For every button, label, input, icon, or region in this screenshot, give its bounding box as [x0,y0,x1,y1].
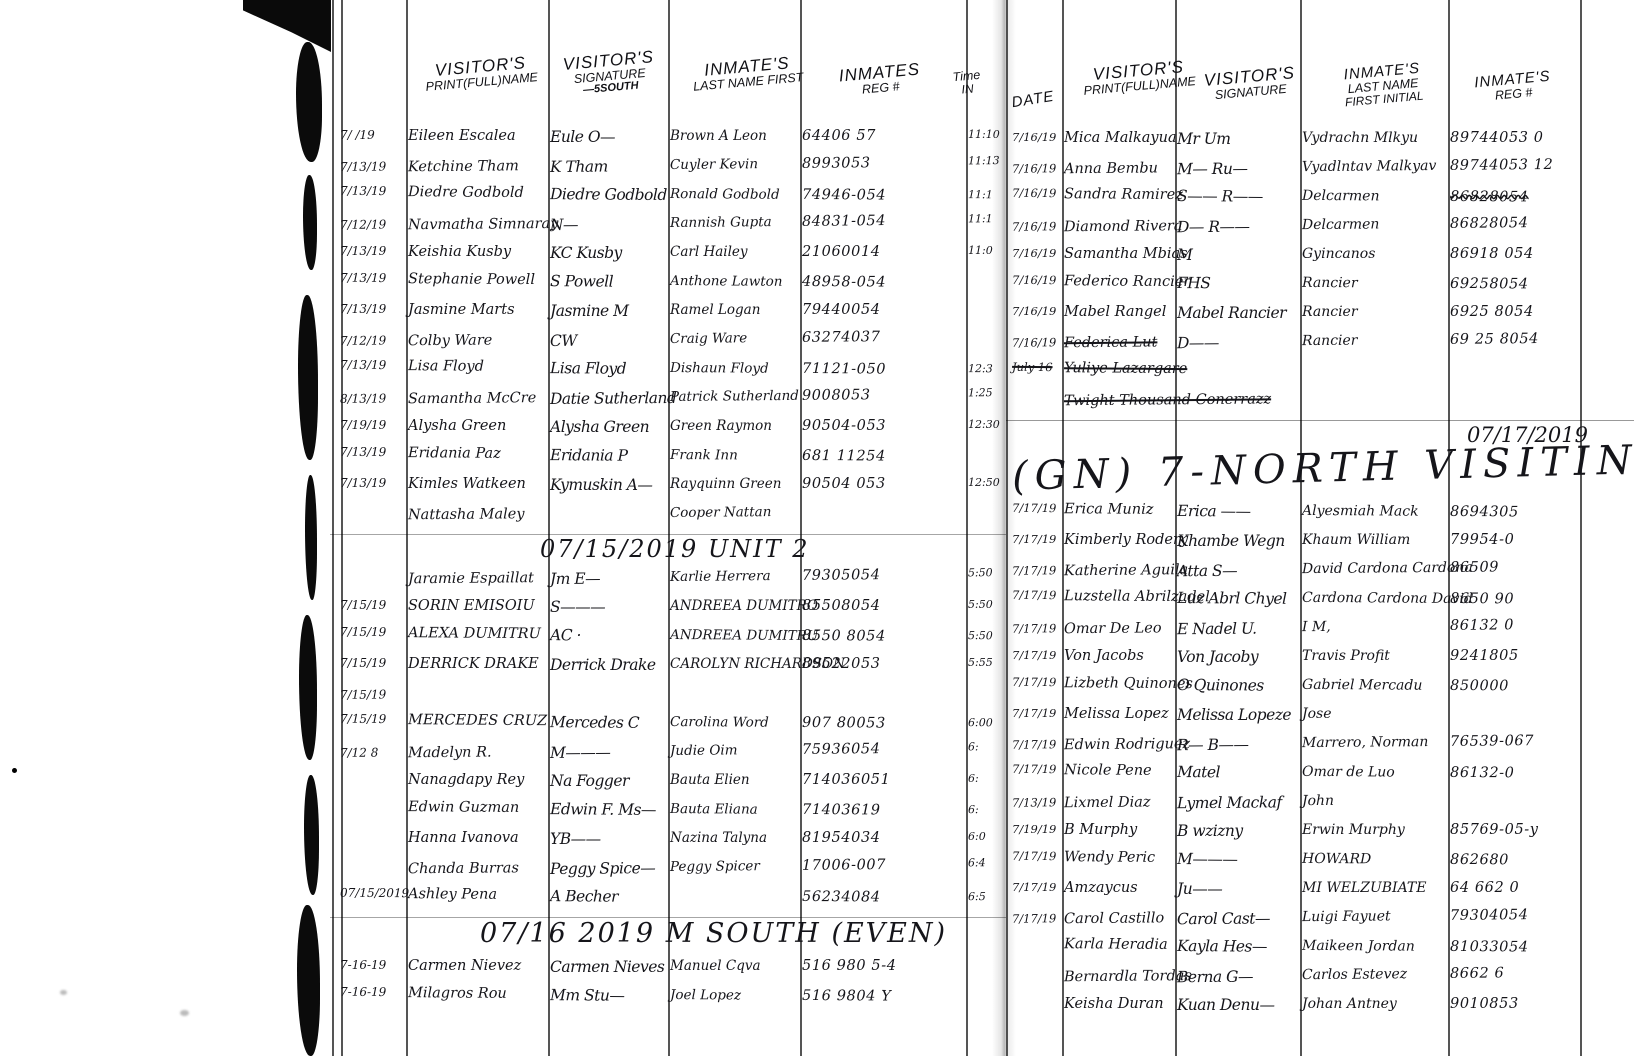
inmate-name-cell: Gabriel Mercadu [1300,677,1448,694]
date-cell [330,571,406,573]
inmate-name-cell: Rannish Gupta [668,214,800,231]
signature-cell: D— R—— [1175,217,1300,236]
visitor-name-cell: Diedre Godbold [406,184,548,202]
visitor-name-cell: Colby Ware [406,332,548,350]
signature-cell: E Nadel U. [1175,619,1300,638]
date-cell: 7/12 8 [330,745,406,760]
visitor-name-cell: Madelyn R. [406,744,548,762]
log-row: 7/13/19Keishia KusbyKC KusbyCarl Hailey2… [330,244,1006,273]
date-cell: 7/17/19 [1006,880,1062,894]
header-reg-number: INMATES REG # [824,59,936,99]
log-row: 7/17/19Erica MunizErica ——Alyesmiah Mack… [1006,501,1634,534]
inmate-name-cell [668,888,800,890]
inmate-name-cell: Ronald Godbold [668,186,800,203]
visitor-name-cell: Bernardla Tordas [1062,968,1175,986]
header-visitor-signature: VISITOR'S SIGNATURE —5SOUTH [540,46,678,100]
section-divider: 07/15/2019 UNIT 2 [330,534,1006,569]
reg-number-cell: 79305054 [800,566,966,584]
log-row: 7/17/19AmzaycusJu——MI WELZUBIATE64 662 0 [1006,880,1634,909]
visitor-name-cell: Yuliye Lazargare [1062,360,1175,378]
signature-cell: A Becher [548,887,668,906]
scan-speck [60,990,67,995]
visitor-name-cell: Diamond Rivera [1062,218,1175,236]
inmate-name-cell: Peggy Spicer [668,858,800,875]
reg-number-cell: 64406 57 [800,128,966,145]
date-cell: 7/16/19 [1006,335,1062,349]
time-cell [966,989,1006,990]
log-row: 7/15/19SORIN EMISOIUS———ANDREEA DUMITRO8… [330,598,1006,627]
scan-corner-artifact [243,0,331,52]
reg-number-cell: 8662 6 [1448,965,1580,983]
date-cell [330,507,406,509]
date-cell: 7-16-19 [330,958,406,972]
visitor-log-scan: VISITOR'S PRINT(FULL)NAME VISITOR'S SIGN… [0,0,1634,1056]
inmate-name-cell: Frank Inn [668,447,800,464]
section-divider: 07/16 2019 M SOUTH (EVEN) [330,917,1006,958]
log-row: 7/13/19Lixmel DiazLymel MackafJohn [1006,790,1634,824]
inmate-name-cell: Maikeen Jordan [1300,938,1448,955]
date-cell [1006,969,1062,970]
log-row: 7/13/19Jasmine MartsJasmine MRamel Logan… [330,302,1006,331]
reg-number-cell: 89522053 [800,656,966,673]
log-row: 7/16/19Samantha MbiasMGyincanos86918 054 [1006,246,1634,275]
visitor-name-cell: MERCEDES CRUZ [406,712,548,730]
reg-number-cell: 79440054 [800,302,966,319]
date-cell: 7/17/19 [1006,737,1062,751]
time-cell: 12:30 [966,418,1006,431]
signature-cell: Matel [1175,763,1300,782]
visitor-name-cell: DERRICK DRAKE [406,656,548,673]
signature-cell: Erica —— [1175,502,1300,521]
reg-number-cell: 63274037 [800,328,966,346]
reg-number-cell: 907 80053 [800,715,966,733]
visitor-name-cell: Milagros Rou [406,985,548,1003]
reg-number-cell: 8694305 [1448,504,1580,522]
signature-cell: S——— [548,598,668,616]
signature-cell: FHS [1175,274,1300,293]
signature-cell: Lymel Mackaf [1175,793,1300,812]
date-cell: 7/15/19 [330,625,406,640]
reg-number-cell: 79304054 [1448,907,1580,925]
signature-cell: Lisa Floyd [548,359,668,378]
visitor-name-cell: Luzstella Abrilzadel [1062,588,1175,606]
signature-cell: M——— [548,743,668,762]
log-row: Bernardla TordasBerna G—Carlos Estevez86… [1006,964,1634,998]
inmate-name-cell: MI WELZUBIATE [1300,880,1448,896]
visitor-name-cell: Eridania Paz [406,445,548,463]
left-page: VISITOR'S PRINT(FULL)NAME VISITOR'S SIGN… [330,0,1006,1056]
scan-edge-artifact [303,175,317,270]
log-row: 7/17/19Wendy PericM———HOWARD862680 [1006,849,1634,882]
visitor-name-cell: Edwin Rodriguez [1062,736,1175,754]
visitor-name-cell: Eileen Escalea [406,128,548,145]
date-cell: 7/15/19 [330,687,406,702]
scan-edge-artifact [304,775,319,895]
reg-number-cell: 85769-05-y [1448,822,1580,839]
signature-cell: Kayla Hes— [1175,937,1300,956]
scan-edge-artifact [299,615,317,760]
visitor-name-cell [406,686,548,688]
date-cell: 7/17/19 [1006,563,1062,577]
scan-edge-artifact [296,42,322,162]
inmate-name-cell: Marrero, Norman [1300,734,1448,752]
reg-number-cell: 86132-0 [1448,765,1580,783]
signature-cell: Eule O— [548,128,668,146]
visitor-name-cell: Katherine Aguila [1062,562,1175,580]
visitor-name-cell: Ashley Pena [406,886,548,904]
reg-number-cell [800,502,966,504]
time-cell: 11:1 [966,212,1006,225]
date-cell: 7/17/19 [1006,588,1062,602]
visitor-name-cell: Nicole Pene [1062,762,1175,780]
inmate-name-cell: Carl Hailey [668,244,800,260]
log-row: 7/13/19Eridania PazEridania PFrank Inn68… [330,445,1006,479]
signature-cell: AC · [548,626,668,645]
signature-cell: Eridania P [548,446,668,465]
reg-number-cell: 681 11254 [800,448,966,466]
visitor-name-cell: Keishia Kusby [406,244,548,261]
reg-number-cell: 516 980 5-4 [800,958,966,975]
signature-cell: Von Jacoby [1175,648,1300,666]
visitor-name-cell: SORIN EMISOIU [406,598,548,615]
log-row: 7/13/19Stephanie PowellS PowellAnthone L… [330,271,1006,305]
reg-number-cell: 75936054 [800,740,966,758]
reg-number-cell: 9241805 [1448,648,1580,665]
date-cell: 7/17/19 [1006,501,1062,515]
reg-number-cell: 79954-0 [1448,532,1580,549]
visitor-name-cell: Hanna Ivanova [406,830,548,847]
inmate-name-cell: Karlie Herrera [668,568,800,585]
visitor-name-cell: Federico Rancier [1062,273,1175,291]
log-row: 7/16/19Diamond RiveraD— R——Delcarmen8682… [1006,214,1634,248]
visitor-name-cell: Amzaycus [1062,880,1175,897]
log-row: Edwin GuzmanEdwin F. Ms—Bauta Eliana7140… [330,799,1006,833]
visitor-name-cell: Omar De Leo [1062,620,1175,638]
inmate-name-cell [1300,390,1448,392]
log-row: 7/15/19DERRICK DRAKEDerrick DrakeCAROLYN… [330,656,1006,685]
visitor-name-cell: Lizbeth Quinones [1062,675,1175,693]
reg-number-cell: 86918 054 [1448,246,1580,263]
reg-number-cell: 85508054 [800,598,966,615]
signature-cell [1175,361,1300,363]
signature-cell: Mm Stu— [548,986,668,1005]
reg-number-cell: 21060014 [800,244,966,261]
reg-number-cell: 81033054 [1448,939,1580,957]
visitor-name-cell: Alysha Green [406,418,548,435]
scan-edge-artifact [298,295,318,460]
reg-number-cell: 89744053 0 [1448,130,1580,147]
inmate-name-cell: Carolina Word [668,714,800,731]
date-cell: July 16 [1006,360,1062,374]
reg-number-cell: 9010853 [1448,996,1580,1013]
date-cell: 7/16/19 [1006,273,1062,287]
time-cell: 5:50 [966,566,1006,579]
signature-cell: Atta S— [1175,561,1300,580]
reg-number-cell: 64 662 0 [1448,880,1580,897]
reg-number-cell: 90504 053 [800,476,966,493]
scan-edge-artifact [297,905,320,1056]
date-cell [330,799,406,801]
visitor-name-cell: Samantha Mbias [1062,246,1175,263]
reg-number-cell: 8650 90 [1448,591,1580,609]
reg-number-cell: 48958-054 [800,274,966,292]
date-cell: 7/15/19 [330,712,406,727]
signature-cell: O Quinones [1175,676,1300,695]
time-cell: 6: [966,803,1006,816]
reg-number-cell: 90504-053 [800,418,966,435]
inmate-name-cell: Green Raymon [668,418,800,434]
reg-number-cell: 69258054 [1448,276,1580,294]
visitor-name-cell: Keisha Duran [1062,996,1175,1013]
inmate-name-cell: Nazina Talyna [668,830,800,846]
date-cell: 7/12/19 [330,333,406,348]
signature-cell: Jasmine M [548,302,668,320]
visitor-name-cell: Nanagdapy Rey [406,772,548,789]
reg-number-cell: 862680 [1448,852,1580,870]
right-page-rows: 7/16/19Mica MalkayuaMr UmVydrachn Mlkyu8… [1006,130,1634,1025]
inmate-name-cell: Judie Oim [668,742,800,759]
reg-number-cell: 86828054 [1448,215,1580,233]
reg-number-cell: 6925 8054 [1448,304,1580,321]
signature-cell: Mabel Rancier [1175,304,1300,322]
visitor-name-cell: Karla Heradia [1062,936,1175,954]
date-cell: 7/16/19 [1006,186,1062,200]
log-row: Nattasha MaleyCooper Nattan [330,502,1006,537]
visitor-name-cell: Edwin Guzman [406,799,548,817]
date-cell: 8/13/19 [330,391,406,406]
log-row: 7/17/19Von JacobsVon JacobyTravis Profit… [1006,648,1634,677]
reg-number-cell: 76539-067 [1448,733,1580,751]
reg-number-cell: 86132 0 [1448,617,1580,635]
date-cell: 7/17/19 [1006,849,1062,863]
date-cell: 7/17/19 [1006,911,1062,925]
visitor-name-cell: Carol Castillo [1062,910,1175,928]
visitor-name-cell: Nattasha Maley [406,506,548,524]
date-cell: 7/13/19 [330,302,406,316]
inmate-name-cell: Vydrachn Mlkyu [1300,130,1448,146]
reg-number-cell [1448,389,1580,391]
log-row: 7/12 8Madelyn R.M———Judie Oim759360546: [330,740,1006,775]
visitor-name-cell: Samantha McCre [406,390,548,408]
log-row: 7/17/19Melissa LopezMelissa LopezeJose [1006,706,1634,735]
visitor-name-cell: Wendy Peric [1062,849,1175,867]
inmate-name-cell [668,684,800,686]
inmate-name-cell: Ramel Logan [668,302,800,318]
date-cell: 7/17/19 [1006,675,1062,689]
reg-number-cell: 74946-054 [800,187,966,205]
inmate-name-cell: Craig Ware [668,330,800,347]
visitor-name-cell: Kimberly Rodery [1062,532,1175,549]
signature-cell: Na Fogger [548,772,668,790]
date-cell [330,861,406,863]
signature-cell: D—— [1175,333,1300,352]
log-row: 7/16/19Mica MalkayuaMr UmVydrachn Mlkyu8… [1006,130,1634,159]
reg-number-cell: 81954034 [800,830,966,847]
log-row: 7/13/19Kimles WatkeenKymuskin A—Rayquinn… [330,476,1006,505]
inmate-name-cell: Vyadlntav Malkyav [1300,158,1448,176]
signature-cell: S—— R—— [1175,187,1300,206]
time-cell: 6:00 [966,716,1006,729]
visitor-name-cell: B Murphy [1062,822,1175,839]
date-cell: 7/13/19 [330,184,406,199]
reg-number-cell: 714036051 [800,772,966,789]
signature-cell: Diedre Godbold [548,185,668,204]
log-row: 7/17/19Lizbeth QuinonesO QuinonesGabriel… [1006,675,1634,708]
time-cell [966,449,1006,450]
inmate-name-cell: David Cardona Cardona [1300,560,1448,578]
signature-cell: Edwin F. Ms— [548,800,668,819]
signature-cell: Alysha Green [548,418,668,436]
log-row: Jaramie EspaillatJm E—Karlie Herrera7930… [330,566,1006,601]
log-row: 7/17/19Omar De LeoE Nadel U.I M,86132 0 [1006,616,1634,650]
inmate-name-cell: I M, [1300,618,1448,636]
inmate-name-cell: Jose [1300,706,1448,722]
inmate-name-cell: Omar de Luo [1300,764,1448,781]
visitor-name-cell: Carmen Nievez [406,958,548,975]
log-row: 7/ /19Eileen EscaleaEule O—Brown A Leon6… [330,128,1006,157]
signature-cell: R— B—— [1175,735,1300,754]
inmate-name-cell: Luigi Fayuet [1300,908,1448,926]
time-cell [966,328,1006,329]
left-page-rows: 7/ /19Eileen EscaleaEule O—Brown A Leon6… [330,128,1006,1016]
inmate-name-cell: Delcarmen [1300,188,1448,205]
signature-cell: Luz Abrl Chyel [1175,589,1300,608]
signature-cell: Mercedes C [548,713,668,732]
inmate-name-cell: Alyesmiah Mack [1300,503,1448,520]
scan-speck [12,768,17,773]
date-cell: 7/16/19 [1006,130,1062,144]
date-cell: 7/17/19 [1006,621,1062,635]
signature-cell: M——— [1175,850,1300,869]
visitor-name-cell: Ketchine Tham [406,158,548,176]
time-cell: 5:50 [966,629,1006,642]
signature-cell: M— Ru— [1175,159,1300,178]
inmate-name-cell: Dishaun Floyd [668,360,800,377]
time-cell: 11:10 [966,128,1006,141]
signature-cell: Carmen Nieves [548,958,668,976]
reg-number-cell: 86509 [1448,559,1580,577]
date-cell: 7/13/19 [330,159,406,174]
inmate-name-cell: Delcarmen [1300,216,1448,234]
time-cell: 11:0 [966,244,1006,257]
reg-number-cell: 89744053 12 [1448,157,1580,175]
inmate-name-cell: ANDREEA DUMITRO [668,598,800,614]
inmate-name-cell: Patrick Sutherland [668,388,800,405]
header-inmate-name: INMATE'S LAST NAME FIRST [674,52,821,95]
visitor-name-cell: Mica Malkayua [1062,130,1175,147]
date-cell: 7/13/19 [1006,795,1062,809]
date-cell: 7-16-19 [330,985,406,1000]
scan-speck [180,1010,189,1016]
inmate-name-cell: John [1300,792,1448,810]
signature-cell: Jm E— [548,569,668,588]
date-cell: 7/ /19 [330,128,406,142]
time-cell: 6: [966,772,1006,785]
signature-cell: Carol Cast— [1175,909,1300,928]
date-cell: 7/15/19 [330,656,406,670]
reg-number-cell: 850000 [1448,678,1580,696]
inmate-name-cell: Bauta Elien [668,772,800,788]
section-header: 07/17/2019(GN) 7-NORTH VISITING [1006,420,1634,503]
visitor-name-cell: Anna Bembu [1062,160,1175,178]
date-cell: 7/13/19 [330,358,406,373]
reg-number-cell: 86828054 [1448,189,1580,207]
signature-cell: Peggy Spice— [548,859,668,878]
date-cell [1006,393,1062,394]
visitor-name-cell: Federica Lut [1062,334,1175,352]
date-cell: 7/13/19 [330,476,406,490]
reg-number-cell: 8550 8054 [800,628,966,646]
visitor-name-cell: Jasmine Marts [406,302,548,319]
signature-cell: Kymuskin A— [548,476,668,494]
date-cell: 7/17/19 [1006,762,1062,776]
inmate-name-cell: Manuel Cqva [668,958,800,974]
inmate-name-cell: Johan Antney [1300,996,1448,1012]
time-cell [966,502,1006,503]
reg-number-cell [1448,791,1580,793]
time-cell: 1:25 [966,386,1006,399]
reg-number-cell: 69 25 8054 [1448,331,1580,349]
signature-cell: B wzizny [1175,822,1300,840]
date-cell: 7/12/19 [330,217,406,232]
signature-cell: K Tham [548,157,668,176]
log-row: Twight Thousand Conerrazz [1006,388,1634,422]
date-cell: 7/16/19 [1006,161,1062,175]
inmate-name-cell: ANDREEA DUMITRU [668,627,800,644]
reg-number-cell: 84831-054 [800,212,966,230]
signature-cell [548,505,668,507]
inmate-name-cell: Cardona Cardona David [1300,590,1448,607]
visitor-name-cell: Lisa Floyd [406,358,548,376]
signature-cell: CW [548,331,668,350]
date-cell [1006,936,1062,937]
inmate-name-cell: Anthone Lawton [668,273,800,290]
reg-number-cell: 9008053 [800,386,966,404]
signature-cell: Datie Sutherland [548,389,668,408]
reg-number-cell: 71121-050 [800,361,966,379]
inmate-name-cell: Gyincanos [1300,246,1448,262]
visitor-name-cell: ALEXA DUMITRU [406,625,548,643]
visitor-name-cell: Chanda Burras [406,860,548,878]
signature-cell: Khambe Wegn [1175,532,1300,550]
visitor-name-cell: Von Jacobs [1062,648,1175,665]
inmate-name-cell: Joel Lopez [668,987,800,1004]
date-cell: 7/16/19 [1006,304,1062,318]
inmate-name-cell: CAROLYN RICHARDSON [668,656,800,672]
signature-cell: YB—— [548,830,668,848]
header-reg-number: INMATE'S REG # [1457,67,1569,105]
signature-cell: Melissa Lopeze [1175,706,1300,724]
reg-number-cell: 516 9804 Y [800,988,966,1006]
log-row: Hanna IvanovaYB——Nazina Talyna819540346:… [330,830,1006,859]
signature-cell: Mr Um [1175,130,1300,148]
inmate-name-cell: Rancier [1300,304,1448,320]
inmate-name-cell: Travis Profit [1300,648,1448,664]
inmate-name-cell: Rayquinn Green [668,476,800,492]
inmate-name-cell: Cooper Nattan [668,504,800,521]
date-cell: 07/15/2019 [330,886,406,901]
signature-cell [548,685,668,687]
log-row: 7/19/19Alysha GreenAlysha GreenGreen Ray… [330,418,1006,447]
signature-cell: Kuan Denu— [1175,996,1300,1014]
header-inmate-name: INMATE'S LAST NAME FIRST INITIAL [1310,58,1455,112]
inmate-name-cell: Rancier [1300,332,1448,350]
signature-cell: Derrick Drake [548,656,668,674]
log-row: 7-16-19Carmen NievezCarmen NievesManuel … [330,958,1006,987]
log-row: 7/17/19Kimberly RoderyKhambe WegnKhaum W… [1006,532,1634,561]
header-visitor-name: VISITOR'S PRINT(FULL)NAME [405,52,557,96]
date-cell [330,830,406,831]
